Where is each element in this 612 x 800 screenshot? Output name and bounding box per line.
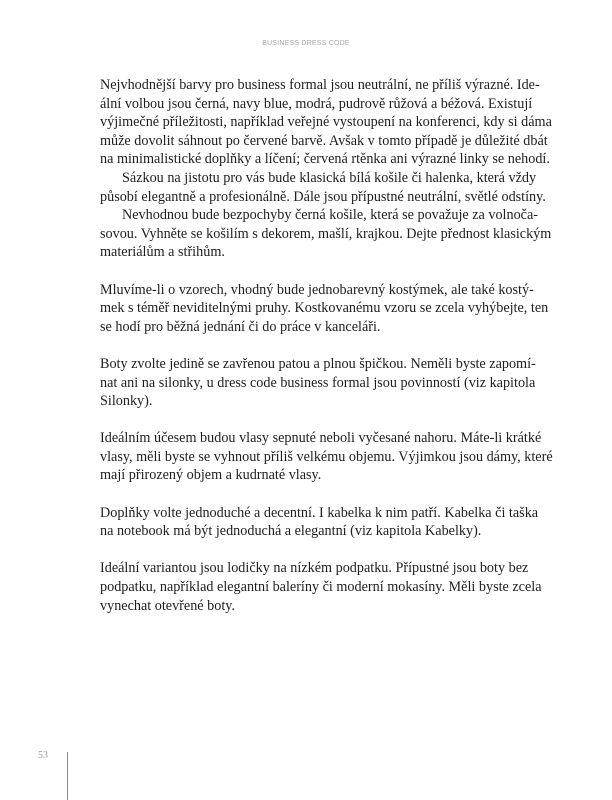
paragraph-white-shirt: Sázkou na jistotu pro vás bude klasická … — [100, 169, 528, 206]
running-header: BUSINESS DRESS CODE — [0, 40, 612, 47]
text-line: Nevhodnou bude bezpochyby černá košile, … — [100, 206, 528, 225]
text-line: podpatku, například elegantní baleríny č… — [100, 578, 528, 597]
text-line: může dovolit sáhnout po červené barvě. A… — [100, 132, 528, 151]
paragraph-black-shirt: Nevhodnou bude bezpochyby černá košile, … — [100, 206, 528, 262]
body-text: Nejvhodnější barvy pro business formal j… — [100, 76, 528, 634]
text-line: Sázkou na jistotu pro vás bude klasická … — [100, 169, 528, 188]
text-line: Doplňky volte jednoduché a decentní. I k… — [100, 504, 528, 523]
paragraph-heels: Ideální variantou jsou lodičky na nízkém… — [100, 559, 528, 615]
paragraph-patterns: Mluvíme-li o vzorech, vhodný bude jednob… — [100, 281, 528, 337]
text-line: Boty zvolte jedině se zavřenou patou a p… — [100, 355, 528, 374]
text-line: Nejvhodnější barvy pro business formal j… — [100, 76, 528, 95]
text-line: výjimečné příležitosti, například veřejn… — [100, 113, 528, 132]
text-line: Silonky). — [100, 392, 528, 411]
text-line: působí elegantně a profesionálně. Dále j… — [100, 188, 528, 207]
text-line: ální volbou jsou černá, navy blue, modrá… — [100, 95, 528, 114]
paragraph-hair: Ideálním účesem budou vlasy sepnuté nebo… — [100, 429, 528, 485]
text-line: mek s téměř neviditelnými pruhy. Kostkov… — [100, 299, 528, 318]
text-line: na minimalistické doplňky a líčení; červ… — [100, 150, 528, 169]
paragraph-accessories: Doplňky volte jednoduché a decentní. I k… — [100, 504, 528, 541]
text-line: sovou. Vyhněte se košilím s dekorem, maš… — [100, 225, 528, 244]
text-line: na notebook má být jednoduchá a elegantn… — [100, 522, 528, 541]
text-line: Ideální variantou jsou lodičky na nízkém… — [100, 559, 528, 578]
text-line: mají přirozený objem a kudrnaté vlasy. — [100, 466, 528, 485]
text-line: vynechat otevřené boty. — [100, 597, 528, 616]
text-line: vlasy, měli byste se vyhnout příliš velk… — [100, 448, 528, 467]
text-line: materiálům a střihům. — [100, 243, 528, 262]
text-line: nat ani na silonky, u dress code busines… — [100, 374, 528, 393]
text-line: Mluvíme-li o vzorech, vhodný bude jednob… — [100, 281, 528, 300]
text-line: se hodí pro běžná jednání či do práce v … — [100, 318, 528, 337]
paragraph-colors: Nejvhodnější barvy pro business formal j… — [100, 76, 528, 169]
page-number: 53 — [38, 750, 48, 761]
text-line: Ideálním účesem budou vlasy sepnuté nebo… — [100, 429, 528, 448]
paragraph-shoes-closed: Boty zvolte jedině se zavřenou patou a p… — [100, 355, 528, 411]
page-margin-rule — [67, 752, 68, 800]
